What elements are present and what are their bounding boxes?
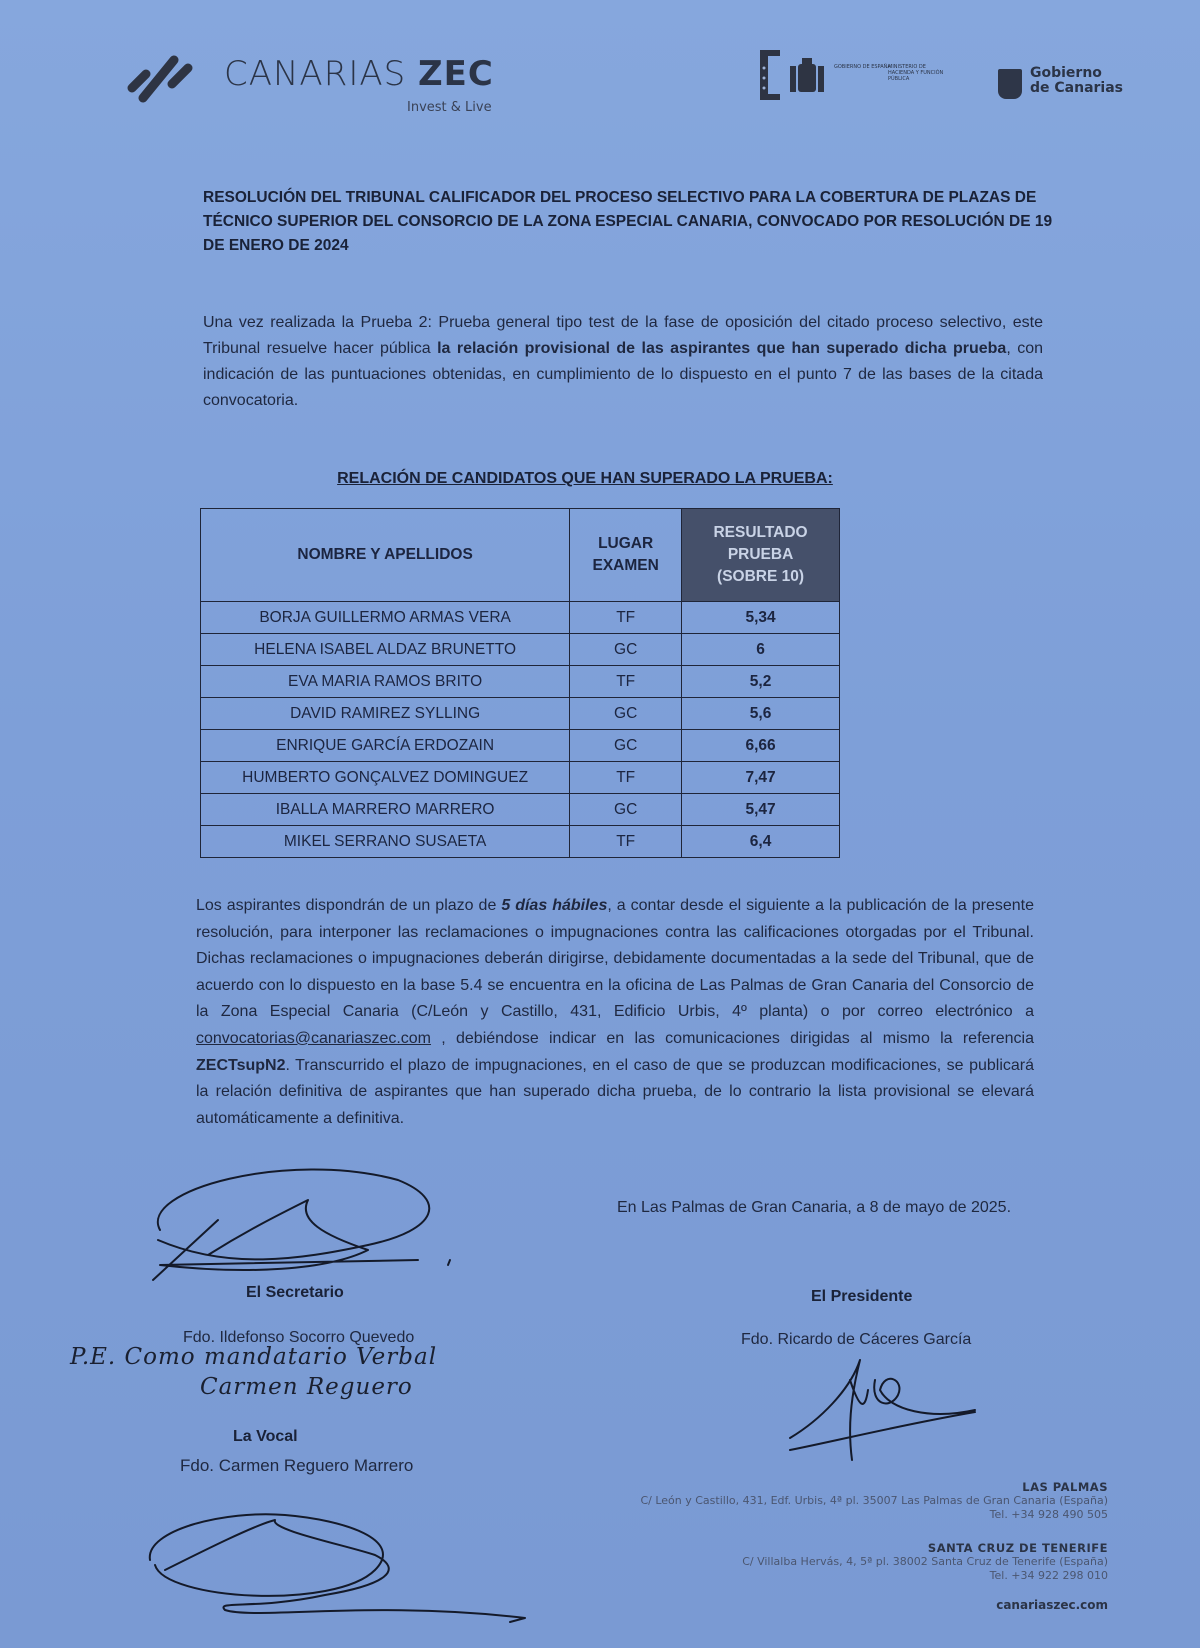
- table-row: ENRIQUE GARCÍA ERDOZAINGC6,66: [201, 730, 840, 762]
- footer-city-las-palmas: LAS PALMAS: [640, 1480, 1108, 1494]
- secretary-role: El Secretario: [246, 1284, 344, 1302]
- footer-tenerife: SANTA CRUZ DE TENERIFE C/ Villalba Hervá…: [742, 1541, 1108, 1583]
- brand-name: CANARIAS ZEC: [224, 54, 494, 94]
- table-row: EVA MARIA RAMOS BRITOTF5,2: [201, 666, 840, 698]
- canarias-shield-icon: [998, 69, 1022, 99]
- exam-place: GC: [570, 794, 682, 826]
- table-row: DAVID RAMIREZ SYLLINGGC5,6: [201, 698, 840, 730]
- gobierno-canarias-line1: Gobierno: [1030, 66, 1123, 81]
- test-score: 6: [682, 634, 840, 666]
- exam-place: GC: [570, 730, 682, 762]
- intro-paragraph: Una vez realizada la Prueba 2: Prueba ge…: [203, 310, 1043, 414]
- footer-city-tenerife: SANTA CRUZ DE TENERIFE: [742, 1541, 1108, 1555]
- header-place: LUGAR EXAMEN: [570, 509, 682, 602]
- vocal-signature-icon: [145, 1500, 535, 1640]
- exam-place: GC: [570, 698, 682, 730]
- president-role: El Presidente: [811, 1288, 912, 1306]
- ministerio-text: Ministerio de Hacienda y Función Pública: [888, 64, 948, 82]
- exam-place: TF: [570, 826, 682, 858]
- candidate-name: ENRIQUE GARCÍA ERDOZAIN: [201, 730, 570, 762]
- contact-email-link[interactable]: convocatorias@canariaszec.com: [196, 1030, 431, 1047]
- president-signature-icon: [780, 1350, 980, 1460]
- exam-place: TF: [570, 762, 682, 794]
- candidate-name: MIKEL SERRANO SUSAETA: [201, 826, 570, 858]
- handwritten-note-line1: P.E. Como mandatario Verbal: [70, 1344, 437, 1370]
- brand-tagline: Invest & Live: [407, 100, 492, 115]
- document-title: RESOLUCIÓN DEL TRIBUNAL CALIFICADOR DEL …: [203, 186, 1063, 258]
- exam-place: GC: [570, 634, 682, 666]
- test-score: 5,34: [682, 602, 840, 634]
- footer-phone-las-palmas: Tel. +34 928 490 505: [640, 1508, 1108, 1522]
- exam-place: TF: [570, 666, 682, 698]
- footer-las-palmas: LAS PALMAS C/ León y Castillo, 431, Edf.…: [640, 1480, 1108, 1522]
- candidate-name: DAVID RAMIREZ SYLLING: [201, 698, 570, 730]
- results-table: NOMBRE Y APELLIDOS LUGAR EXAMEN RESULTAD…: [200, 508, 840, 858]
- header-name: NOMBRE Y APELLIDOS: [201, 509, 570, 602]
- test-score: 5,2: [682, 666, 840, 698]
- test-score: 5,6: [682, 698, 840, 730]
- footer-address-las-palmas: C/ León y Castillo, 431, Edf. Urbis, 4ª …: [640, 1494, 1108, 1508]
- table-row: BORJA GUILLERMO ARMAS VERATF5,34: [201, 602, 840, 634]
- claims-paragraph: Los aspirantes dispondrán de un plazo de…: [196, 893, 1034, 1132]
- gobierno-espana-logo: Gobierno de España Ministerio de Haciend…: [760, 50, 950, 100]
- candidate-name: HUMBERTO GONÇALVEZ DOMINGUEZ: [201, 762, 570, 794]
- exam-place: TF: [570, 602, 682, 634]
- gobierno-espana-text: Gobierno de España: [834, 64, 891, 70]
- canarias-zec-logo-icon: [126, 52, 196, 104]
- candidate-name: IBALLA MARRERO MARRERO: [201, 794, 570, 826]
- table-row: HUMBERTO GONÇALVEZ DOMINGUEZTF7,47: [201, 762, 840, 794]
- candidate-name: HELENA ISABEL ALDAZ BRUNETTO: [201, 634, 570, 666]
- vocal-role: La Vocal: [233, 1428, 298, 1446]
- test-score: 6,4: [682, 826, 840, 858]
- vocal-name: Fdo. Carmen Reguero Marrero: [180, 1456, 413, 1476]
- table-row: IBALLA MARRERO MARREROGC5,47: [201, 794, 840, 826]
- coat-of-arms-icon: [790, 58, 824, 94]
- header-score: RESULTADO PRUEBA (SOBRE 10): [682, 509, 840, 602]
- table-title: RELACIÓN DE CANDIDATOS QUE HAN SUPERADO …: [0, 470, 1200, 488]
- place-date: En Las Palmas de Gran Canaria, a 8 de ma…: [617, 1199, 1011, 1217]
- footer-address-tenerife: C/ Villalba Hervás, 4, 5ª pl. 38002 Sant…: [742, 1555, 1108, 1569]
- table-row: MIKEL SERRANO SUSAETATF6,4: [201, 826, 840, 858]
- spain-flag-icon: [760, 50, 782, 100]
- candidate-name: EVA MARIA RAMOS BRITO: [201, 666, 570, 698]
- table-row: HELENA ISABEL ALDAZ BRUNETTOGC6: [201, 634, 840, 666]
- secretary-signature-icon: [148, 1160, 458, 1290]
- gobierno-canarias-line2: de Canarias: [1030, 81, 1123, 96]
- test-score: 7,47: [682, 762, 840, 794]
- footer-phone-tenerife: Tel. +34 922 298 010: [742, 1569, 1108, 1583]
- test-score: 5,47: [682, 794, 840, 826]
- handwritten-note-line2: Carmen Reguero: [200, 1374, 413, 1400]
- test-score: 6,66: [682, 730, 840, 762]
- candidate-name: BORJA GUILLERMO ARMAS VERA: [201, 602, 570, 634]
- president-name: Fdo. Ricardo de Cáceres García: [741, 1331, 971, 1349]
- footer-website-link[interactable]: canariaszec.com: [996, 1598, 1108, 1612]
